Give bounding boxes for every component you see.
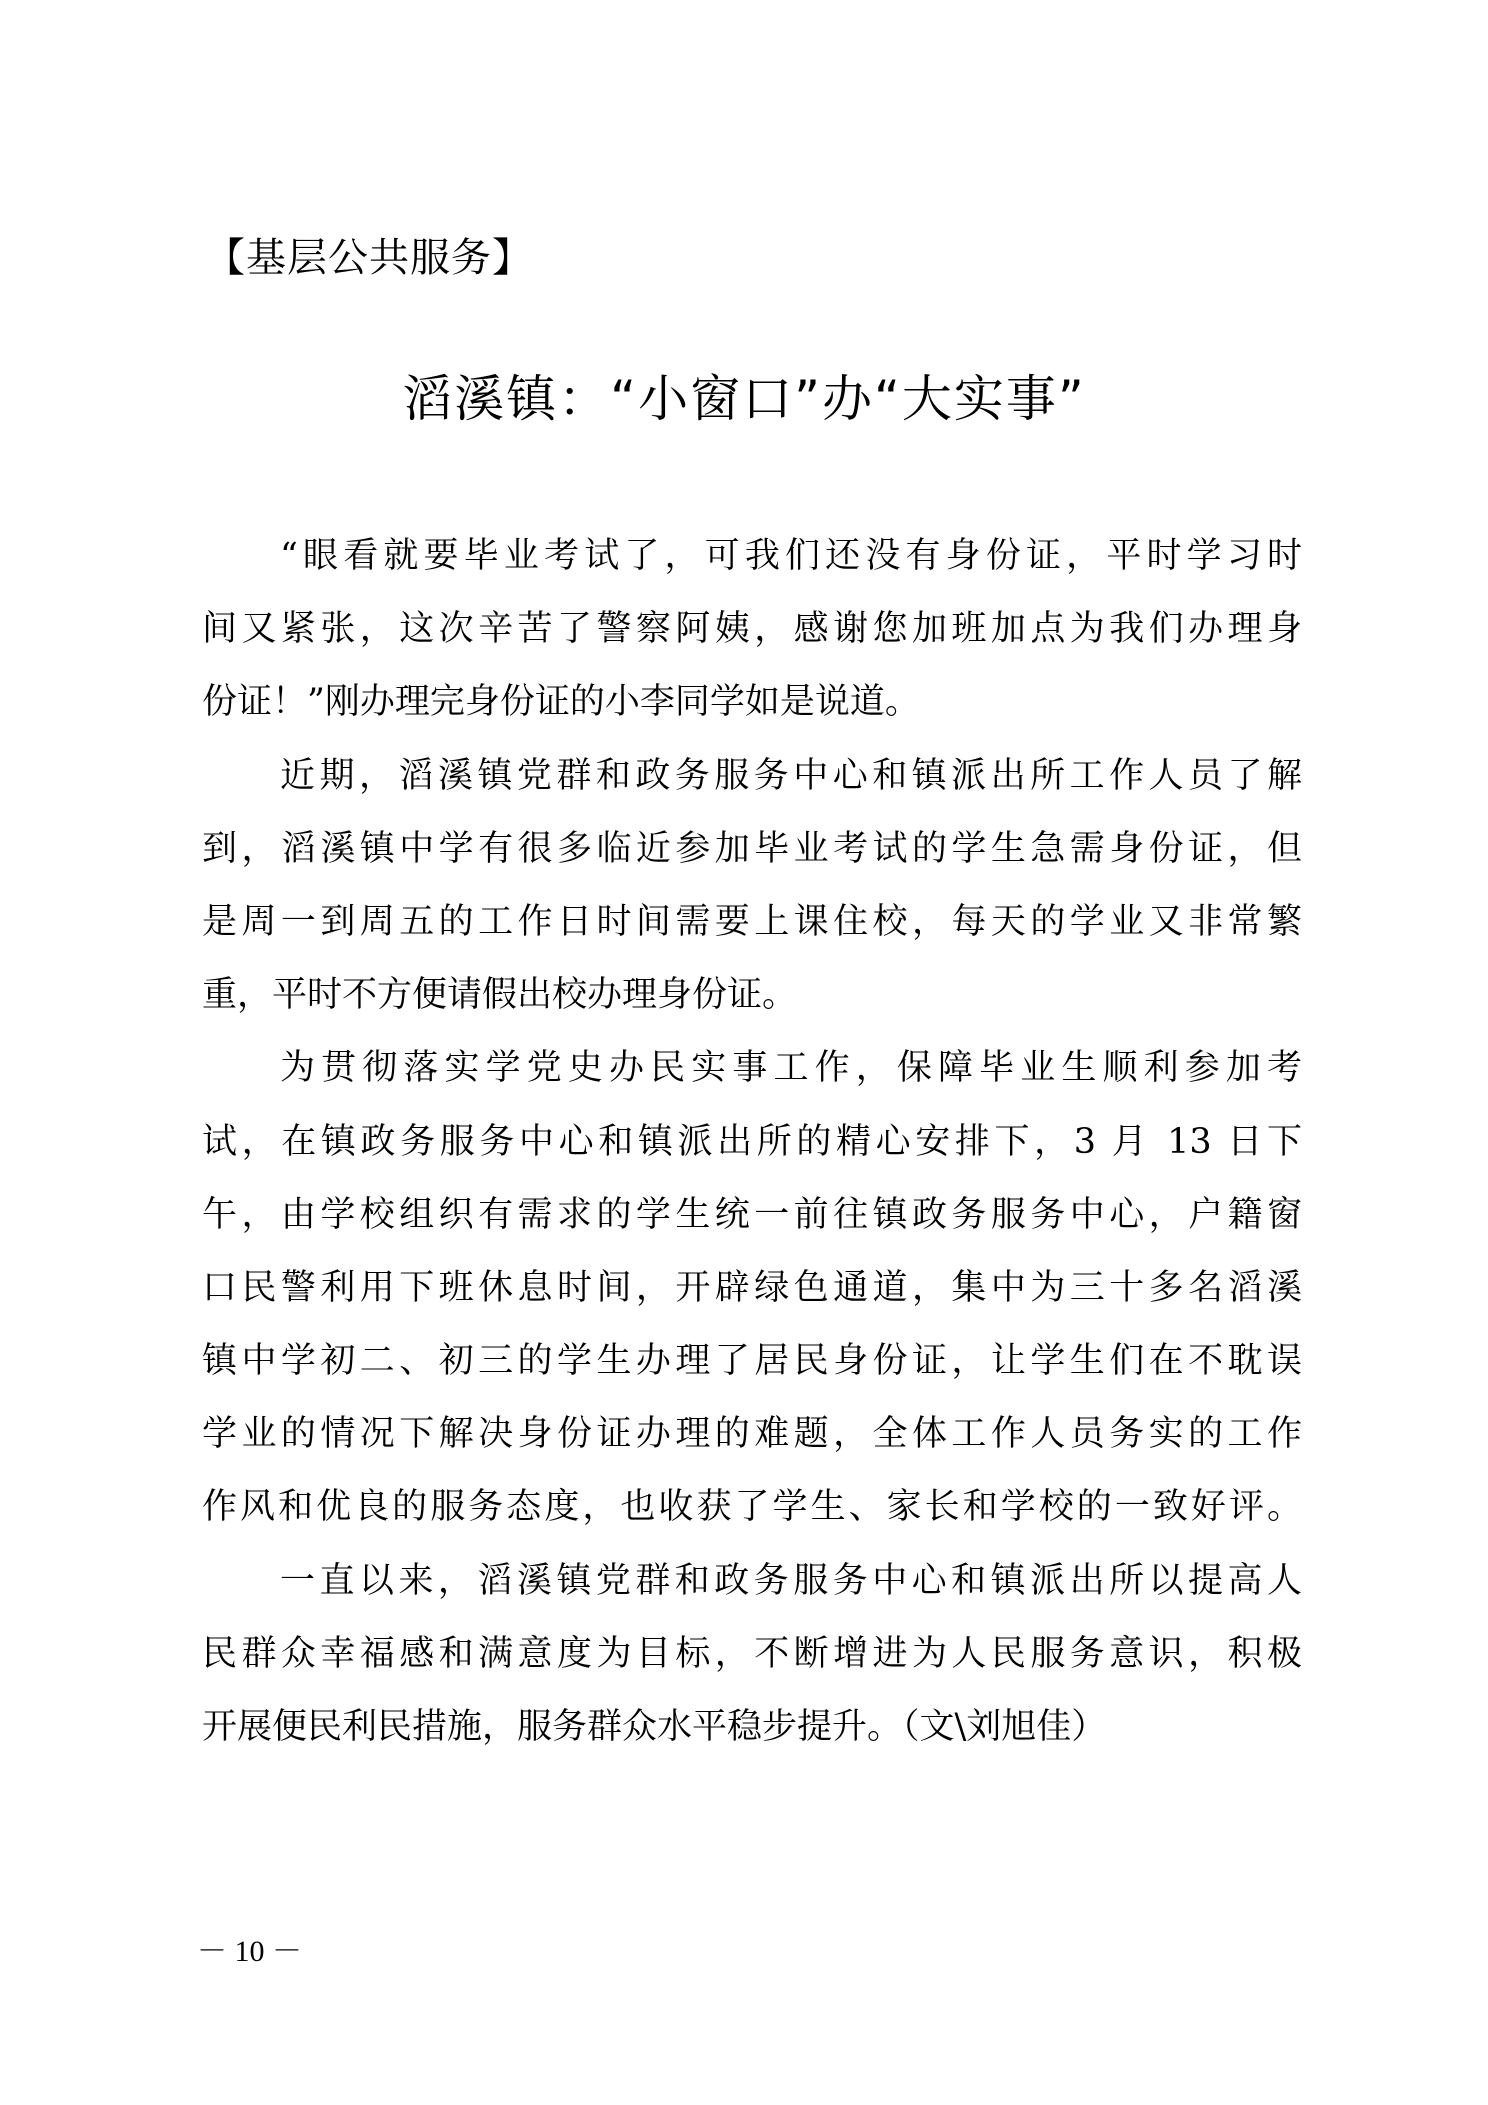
text-line: 近期，滔溪镇党群和政务服务中心和镇派出所工作人员了解 [202, 740, 1302, 813]
paragraph: “眼看就要毕业考试了，可我们还没有身份证，平时学习时 间又紧张，这次辛苦了警察阿… [202, 520, 1302, 740]
text-line: 一直以来，滔溪镇党群和政务服务中心和镇派出所以提高人 [202, 1545, 1302, 1618]
paragraph: 近期，滔溪镇党群和政务服务中心和镇派出所工作人员了解 到，滔溪镇中学有很多临近参… [202, 740, 1302, 1033]
text-line: 民群众幸福感和满意度为目标，不断增进为人民服务意识，积极 [202, 1618, 1302, 1691]
text-line: 学业的情况下解决身份证办理的难题，全体工作人员务实的工作 [202, 1398, 1302, 1471]
section-label: 【基层公共服务】 [205, 228, 533, 288]
text-line: 为贯彻落实学党史办民实事工作，保障毕业生顺利参加考 [202, 1032, 1302, 1105]
text-line: 午，由学校组织有需求的学生统一前往镇政务服务中心，户籍窗 [202, 1179, 1302, 1252]
text-line: 是周一到周五的工作日时间需要上课住校，每天的学业又非常繁 [202, 886, 1302, 959]
text-line: 重，平时不方便请假出校办理身份证。 [202, 959, 1302, 1032]
page-number: － 10 － [197, 1932, 302, 1972]
text-line: 口民警利用下班休息时间，开辟绿色通道，集中为三十多名滔溪 [202, 1252, 1302, 1325]
article-title: 滔溪镇：“小窗口”办“大实事” [0, 364, 1488, 434]
article-body: “眼看就要毕业考试了，可我们还没有身份证，平时学习时 间又紧张，这次辛苦了警察阿… [202, 520, 1302, 1764]
text-line: 镇中学初二、初三的学生办理了居民身份证，让学生们在不耽误 [202, 1325, 1302, 1398]
text-line: 到，滔溪镇中学有很多临近参加毕业考试的学生急需身份证，但 [202, 813, 1302, 886]
text-line: 试，在镇政务服务中心和镇派出所的精心安排下，3 月 13 日下 [202, 1106, 1302, 1179]
text-line: 间又紧张，这次辛苦了警察阿姨，感谢您加班加点为我们办理身 [202, 593, 1302, 666]
text-line: “眼看就要毕业考试了，可我们还没有身份证，平时学习时 [202, 520, 1302, 593]
paragraph: 一直以来，滔溪镇党群和政务服务中心和镇派出所以提高人 民群众幸福感和满意度为目标… [202, 1545, 1302, 1765]
text-line: 份证！”刚办理完身份证的小李同学如是说道。 [202, 666, 1302, 739]
text-line: 作风和优良的服务态度，也收获了学生、家长和学校的一致好评。 [202, 1471, 1302, 1544]
text-line: 开展便民利民措施，服务群众水平稳步提升。（文\刘旭佳） [202, 1691, 1302, 1764]
document-page: 【基层公共服务】 滔溪镇：“小窗口”办“大实事” “眼看就要毕业考试了，可我们还… [0, 0, 1488, 2105]
paragraph: 为贯彻落实学党史办民实事工作，保障毕业生顺利参加考 试，在镇政务服务中心和镇派出… [202, 1032, 1302, 1544]
